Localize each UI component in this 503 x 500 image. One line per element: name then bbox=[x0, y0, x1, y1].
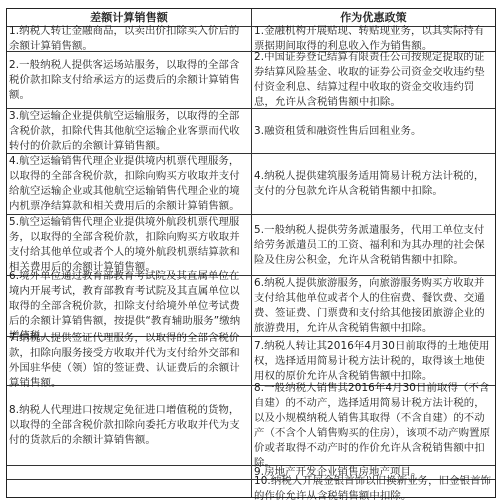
cell-text: 5.一般纳税人提供劳务派遣服务，代用工单位支付给劳务派遣员工的工资、福利和为其办… bbox=[254, 223, 493, 268]
left-column: 差额计算销售额 1.纳税人转让金融商品，以卖出价扣除买入价后的余额计算销售额。 … bbox=[7, 9, 252, 497]
cell-text: 1.纳税人转让金融商品，以卖出价扣除买入价后的余额计算销售额。 bbox=[9, 24, 249, 54]
cell-text: 8.一般纳税人销售其2016年4月30日前取得（不含自建）的不动产，选择适用简易… bbox=[254, 381, 493, 471]
table-cell: 5.航空运输销售代理企业提供境外航段机票代理服务，以取得的全部含税价款，扣除向购… bbox=[7, 215, 251, 276]
table-cell: 1.纳税人转让金融商品，以卖出价扣除买入价后的余额计算销售额。 bbox=[7, 27, 251, 52]
right-column: 作为优惠政策 1.金融机构开展贴现、转贴现业务，以其实际持有票据期间取得的利息收… bbox=[252, 9, 495, 497]
cell-text: 5.航空运输销售代理企业提供境外航段机票代理服务，以取得的全部含税价款，扣除向购… bbox=[9, 215, 249, 275]
table-cell bbox=[7, 480, 251, 497]
table-cell: 4.纳税人提供建筑服务适用简易计税方法计税的，支付的分包款允许从含税销售额中扣除… bbox=[252, 154, 495, 215]
table-cell: 2.中国证券登记结算有限责任公司按规定提取的证券结算风险基金、收取的证券公司资金… bbox=[252, 52, 495, 109]
cell-text: 7.纳税人转让其2016年4月30日前取得的土地使用权，选择适用简易计税方法计税… bbox=[254, 339, 493, 384]
table-cell: 7.纳税人转让其2016年4月30日前取得的土地使用权，选择适用简易计税方法计税… bbox=[252, 337, 495, 386]
cell-text: 7.纳税人提供签证代理服务，以取得的全部含税价款，扣除向服务接受方收取并代为支付… bbox=[9, 331, 249, 391]
table-cell: 4.航空运输销售代理企业提供境内机票代理服务，以取得的全部含税价款，扣除向购买方… bbox=[7, 154, 251, 215]
cell-text: 8.纳税人代理进口按规定免征进口增值税的货物，以取得的全部含税价款扣除向委托方收… bbox=[9, 403, 249, 448]
table-cell bbox=[7, 466, 251, 480]
header-text: 作为优惠政策 bbox=[340, 10, 407, 25]
cell-text: 10.纳税人开展金银首饰以旧换新业务，旧金银首饰的作价允许从含税销售额中扣除。 bbox=[254, 474, 493, 500]
table-cell: 8.纳税人代理进口按规定免征进口增值税的货物，以取得的全部含税价款扣除向委托方收… bbox=[7, 386, 251, 466]
cell-text: 2.一般纳税人提供客运场站服务，以取得的全部含税价款扣除支付给承运方的运费后的余… bbox=[9, 58, 249, 103]
cell-text: 4.纳税人提供建筑服务适用简易计税方法计税的，支付的分包款允许从含税销售额中扣除… bbox=[254, 169, 493, 199]
table-cell: 6.纳税人提供旅游服务，向旅游服务购买方收取并支付给其他单位或者个人的住宿费、餐… bbox=[252, 276, 495, 337]
tax-policy-table: 差额计算销售额 1.纳税人转让金融商品，以卖出价扣除买入价后的余额计算销售额。 … bbox=[6, 8, 496, 498]
cell-text: 2.中国证券登记结算有限责任公司按规定提取的证券结算风险基金、收取的证券公司资金… bbox=[254, 50, 493, 110]
header-text: 差额计算销售额 bbox=[90, 10, 168, 25]
table-cell: 1.金融机构开展贴现、转贴现业务，以其实际持有票据期间取得的利息收入作为销售额。 bbox=[252, 27, 495, 52]
table-cell: 7.纳税人提供签证代理服务，以取得的全部含税价款，扣除向服务接受方收取并代为支付… bbox=[7, 337, 251, 386]
cell-text: 6.纳税人提供旅游服务，向旅游服务购买方收取并支付给其他单位或者个人的住宿费、餐… bbox=[254, 276, 493, 336]
cell-text: 4.航空运输销售代理企业提供境内机票代理服务，以取得的全部含税价款，扣除向购买方… bbox=[9, 154, 249, 214]
table-cell: 6.境外单位通过教育部教育考试院及其直属单位在境内开展考试，教育部教育考试院及其… bbox=[7, 276, 251, 337]
table-cell: 3.航空运输企业提供航空运输服务，以取得的全部含税价款，扣除代售其他航空运输企业… bbox=[7, 109, 251, 154]
table-cell: 2.一般纳税人提供客运场站服务，以取得的全部含税价款扣除支付给承运方的运费后的余… bbox=[7, 52, 251, 109]
table-cell: 8.一般纳税人销售其2016年4月30日前取得（不含自建）的不动产，选择适用简易… bbox=[252, 386, 495, 466]
table-cell: 3.融资租赁和融资性售后回租业务。 bbox=[252, 109, 495, 154]
table-cell: 5.一般纳税人提供劳务派遣服务，代用工单位支付给劳务派遣员工的工资、福利和为其办… bbox=[252, 215, 495, 276]
cell-text: 3.航空运输企业提供航空运输服务，以取得的全部含税价款，扣除代售其他航空运输企业… bbox=[9, 109, 249, 154]
cell-text: 3.融资租赁和融资性售后回租业务。 bbox=[254, 124, 421, 139]
table-cell: 10.纳税人开展金银首饰以旧换新业务，旧金银首饰的作价允许从含税销售额中扣除。 bbox=[252, 480, 495, 497]
